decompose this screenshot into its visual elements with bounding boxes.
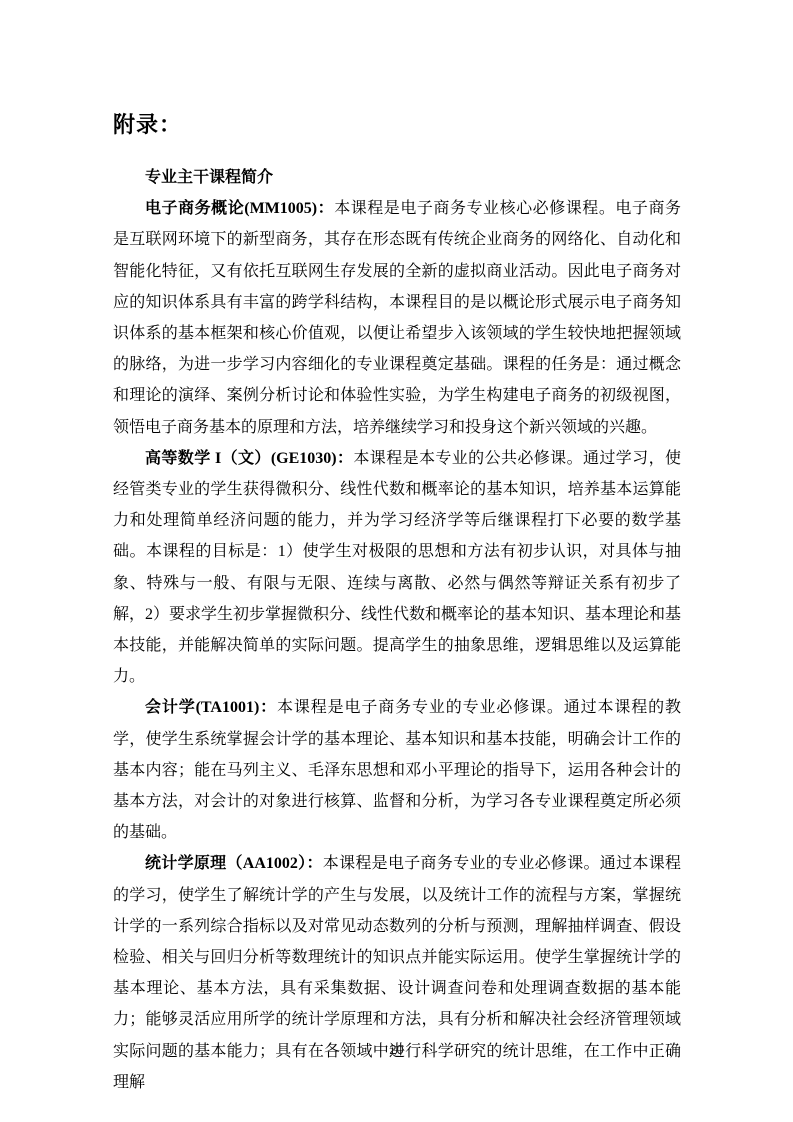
course-paragraph-math: 高等数学 I（文）(GE1030)：本课程是本专业的公共必修课。通过学习，使经管…	[113, 443, 681, 693]
course-description-ecommerce: 本课程是电子商务专业核心必修课程。电子商务是互联网环境下的新型商务，其存在形态既…	[113, 200, 681, 435]
document-content: 附录： 专业主干课程简介 电子商务概论(MM1005)：本课程是电子商务专业核心…	[113, 110, 681, 1098]
document-page: 附录： 专业主干课程简介 电子商务概论(MM1005)：本课程是电子商务专业核心…	[0, 0, 793, 1122]
course-paragraph-accounting: 会计学(TA1001)：本课程是电子商务专业的专业必修课。通过本课程的教学，使学…	[113, 692, 681, 848]
section-heading: 专业主干课程简介	[113, 162, 681, 193]
course-name-ecommerce: 电子商务概论(MM1005)：	[145, 200, 334, 217]
course-name-math: 高等数学 I（文）(GE1030)：	[145, 450, 353, 467]
course-name-statistics: 统计学原理（AA1002）：	[145, 855, 323, 872]
course-paragraph-statistics: 统计学原理（AA1002）：本课程是电子商务专业的专业必修课。通过本课程的学习，…	[113, 848, 681, 1098]
appendix-title: 附录：	[113, 110, 681, 140]
course-name-accounting: 会计学(TA1001)：	[145, 699, 277, 716]
course-paragraph-ecommerce: 电子商务概论(MM1005)：本课程是电子商务专业核心必修课程。电子商务是互联网…	[113, 193, 681, 443]
page-number: 20	[0, 1042, 793, 1057]
course-description-accounting: 本课程是电子商务专业的专业必修课。通过本课程的教学，使学生系统掌握会计学的基本理…	[113, 699, 681, 841]
course-description-math: 本课程是本专业的公共必修课。通过学习，使经管类专业的学生获得微积分、线性代数和概…	[113, 450, 681, 685]
